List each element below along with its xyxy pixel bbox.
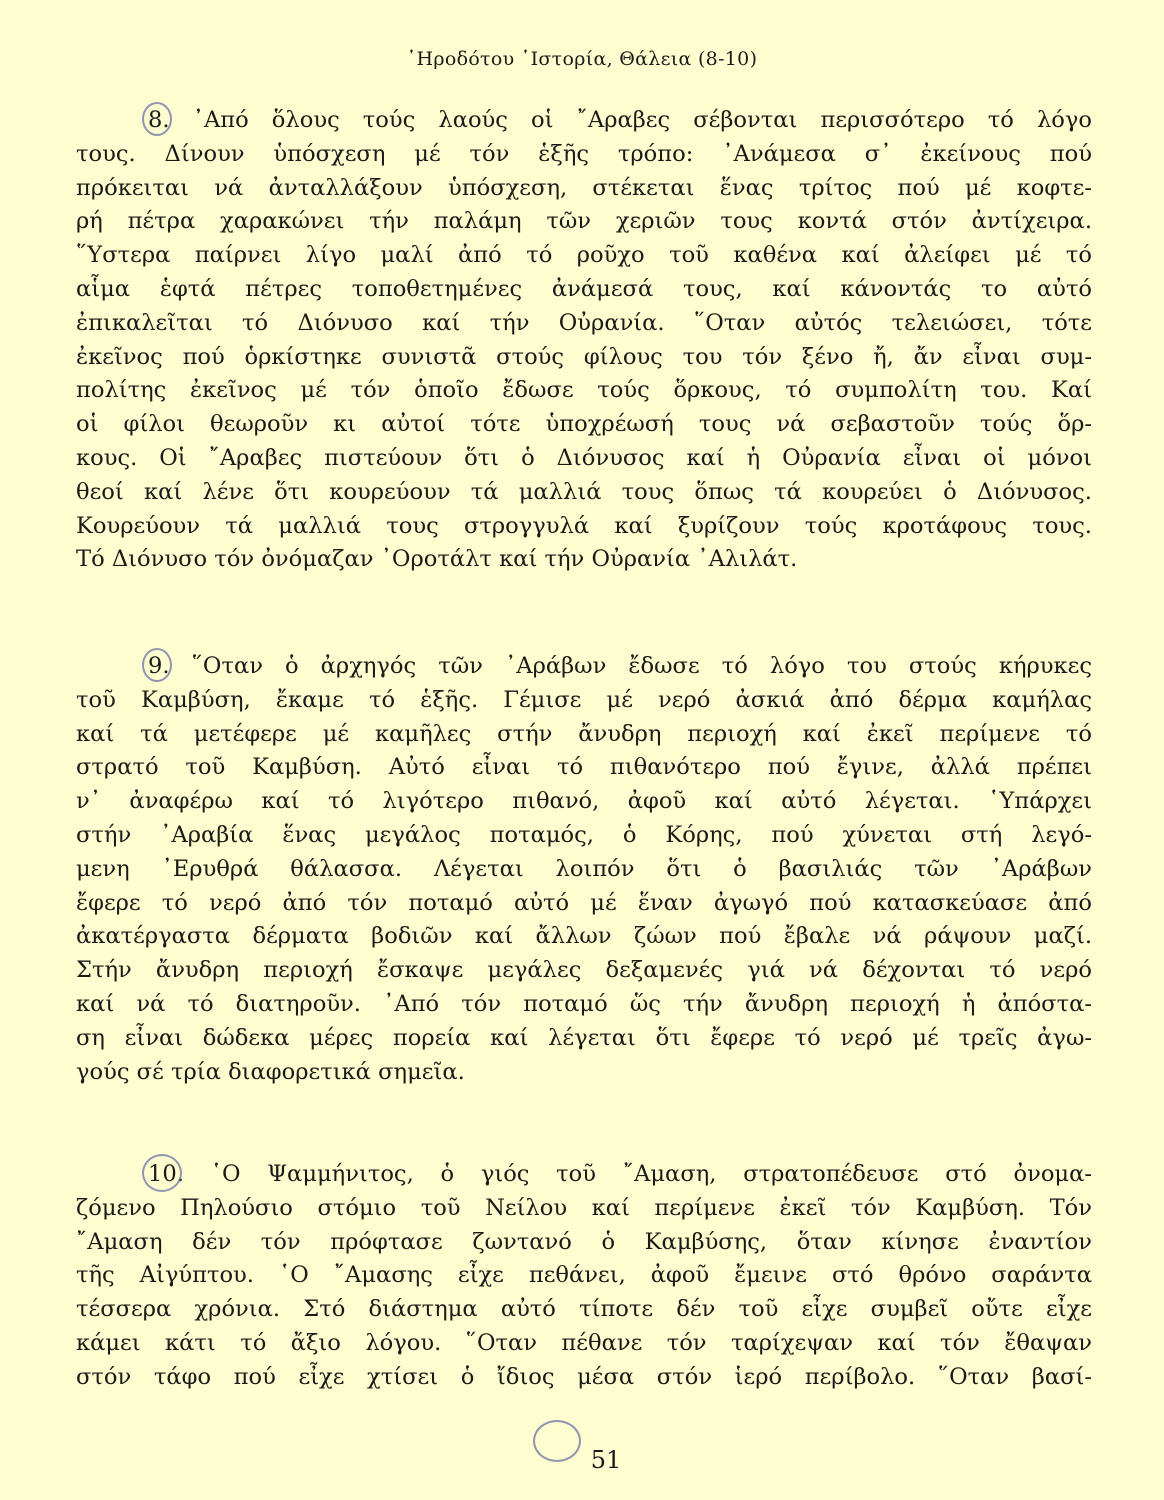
- text-line: τῆς Αἰγύπτου. ῾Ο ῎Αμασης εἶχε πεθάνει, ἀ…: [76, 1259, 1092, 1293]
- text-line: 10. ῾Ο Ψαμμήνιτος, ὁ γιός τοῦ ῎Αμαση, στ…: [76, 1158, 1092, 1192]
- section-9: 9. ῞Οταν ὁ ἀρχηγός τῶν ᾿Αράβων ἔδωσε τό …: [76, 650, 1092, 1089]
- text-line: πρόκειται νά ἀνταλλάξουν ὑπόσχεση, στέκε…: [76, 172, 1092, 206]
- text-line: ἀκατέργαστα δέρματα βοδιῶν καί ἄλλων ζώω…: [76, 920, 1092, 954]
- text-line: ῞Υστερα παίρνει λίγο μαλί ἀπό τό ροῦχο τ…: [76, 239, 1092, 273]
- text-line: ῎Αμαση δέν τόν πρόφτασε ζωντανό ὁ Καμβύσ…: [76, 1226, 1092, 1260]
- text-line: Τό Διόνυσο τόν ὀνόμαζαν ᾿Οροτάλτ καί τήν…: [76, 543, 1092, 577]
- text-line: ν᾿ ἀναφέρω καί τό λιγότερο πιθανό, ἀφοῦ …: [76, 785, 1092, 819]
- pen-circle-annotation: [142, 648, 172, 682]
- text-line: κάμει κάτι τό ἄξιο λόγου. ῞Οταν πέθανε τ…: [76, 1327, 1092, 1361]
- text-line: ἔφερε τό νερό ἀπό τόν ποταμό αὐτό μέ ἕνα…: [76, 887, 1092, 921]
- text-line: ση εἶναι δώδεκα μέρες πορεία καί λέγεται…: [76, 1022, 1092, 1056]
- text-line: ἐπικαλεῖται τό Διόνυσο καί τήν Οὐρανία. …: [76, 307, 1092, 341]
- text-line: αἷμα ἑφτά πέτρες τοποθετημένες ἀνάμεσά τ…: [76, 273, 1092, 307]
- text-line: τέσσερα χρόνια. Στό διάστημα αὐτό τίποτε…: [76, 1293, 1092, 1327]
- text-line: θεοί καί λένε ὅτι κουρεύουν τά μαλλιά το…: [76, 476, 1092, 510]
- pen-circle-annotation: [142, 1154, 182, 1192]
- section-number: 10.: [148, 1158, 184, 1192]
- pen-circle-annotation: [533, 1420, 581, 1462]
- text-line: 8. ᾿Από ὅλους τούς λαούς οἱ ῎Αραβες σέβο…: [76, 104, 1092, 138]
- text-line: ρή πέτρα χαρακώνει τήν παλάμη τῶν χεριῶν…: [76, 205, 1092, 239]
- text-line: τοῦ Καμβύση, ἔκαμε τό ἑξῆς. Γέμισε μέ νε…: [76, 684, 1092, 718]
- text-line: Στήν ἄνυδρη περιοχή ἔσκαψε μεγάλες δεξαμ…: [76, 954, 1092, 988]
- text-line: γούς σέ τρία διαφορετικά σημεῖα.: [76, 1056, 1092, 1090]
- text-line: στόν τάφο πού εἶχε χτίσει ὁ ἴδιος μέσα σ…: [76, 1361, 1092, 1395]
- section-number: 8.: [148, 104, 170, 138]
- text-line: καί νά τό διατηροῦν. ᾿Από τόν ποταμό ὥς …: [76, 988, 1092, 1022]
- text-line: ἐκεῖνος πού ὁρκίστηκε συνιστᾶ στούς φίλο…: [76, 341, 1092, 375]
- text-line: κους. Οἱ ῎Αραβες πιστεύουν ὅτι ὁ Διόνυσο…: [76, 442, 1092, 476]
- section-10: 10. ῾Ο Ψαμμήνιτος, ὁ γιός τοῦ ῎Αμαση, στ…: [76, 1158, 1092, 1395]
- text-line: πολίτης ἐκεῖνος μέ τόν ὁποῖο ἔδωσε τούς …: [76, 374, 1092, 408]
- pen-circle-annotation: [142, 102, 172, 136]
- text-line: μενη ᾿Ερυθρά θάλασσα. Λέγεται λοιπόν ὅτι…: [76, 853, 1092, 887]
- section-number: 9.: [148, 650, 170, 684]
- text-line: 9. ῞Οταν ὁ ἀρχηγός τῶν ᾿Αράβων ἔδωσε τό …: [76, 650, 1092, 684]
- text-line: Κουρεύουν τά μαλλιά τους στρογγυλά καί ξ…: [76, 510, 1092, 544]
- page-number: 51: [0, 1426, 1164, 1474]
- text-line: ζόμενο Πηλούσιο στόμιο τοῦ Νείλου καί πε…: [76, 1192, 1092, 1226]
- text-line: καί τά μετέφερε μέ καμῆλες στήν ἄνυδρη π…: [76, 718, 1092, 752]
- running-title: ῾Ηροδότου ῾Ιστορία, Θάλεια (8-10): [0, 48, 1164, 70]
- text-line: στρατό τοῦ Καμβύση. Αὐτό εἶναι τό πιθανό…: [76, 751, 1092, 785]
- text-line: τους. Δίνουν ὑπόσχεση μέ τόν ἑξῆς τρόπο:…: [76, 138, 1092, 172]
- text-line: στήν ᾿Αραβία ἕνας μεγάλος ποταμός, ὁ Κόρ…: [76, 819, 1092, 853]
- scanned-page: ῾Ηροδότου ῾Ιστορία, Θάλεια (8-10) 8. ᾿Απ…: [0, 0, 1164, 1500]
- section-8: 8. ᾿Από ὅλους τούς λαούς οἱ ῎Αραβες σέβο…: [76, 104, 1092, 577]
- text-line: οἱ φίλοι θεωροῦν κι αὐτοί τότε ὑποχρέωσή…: [76, 408, 1092, 442]
